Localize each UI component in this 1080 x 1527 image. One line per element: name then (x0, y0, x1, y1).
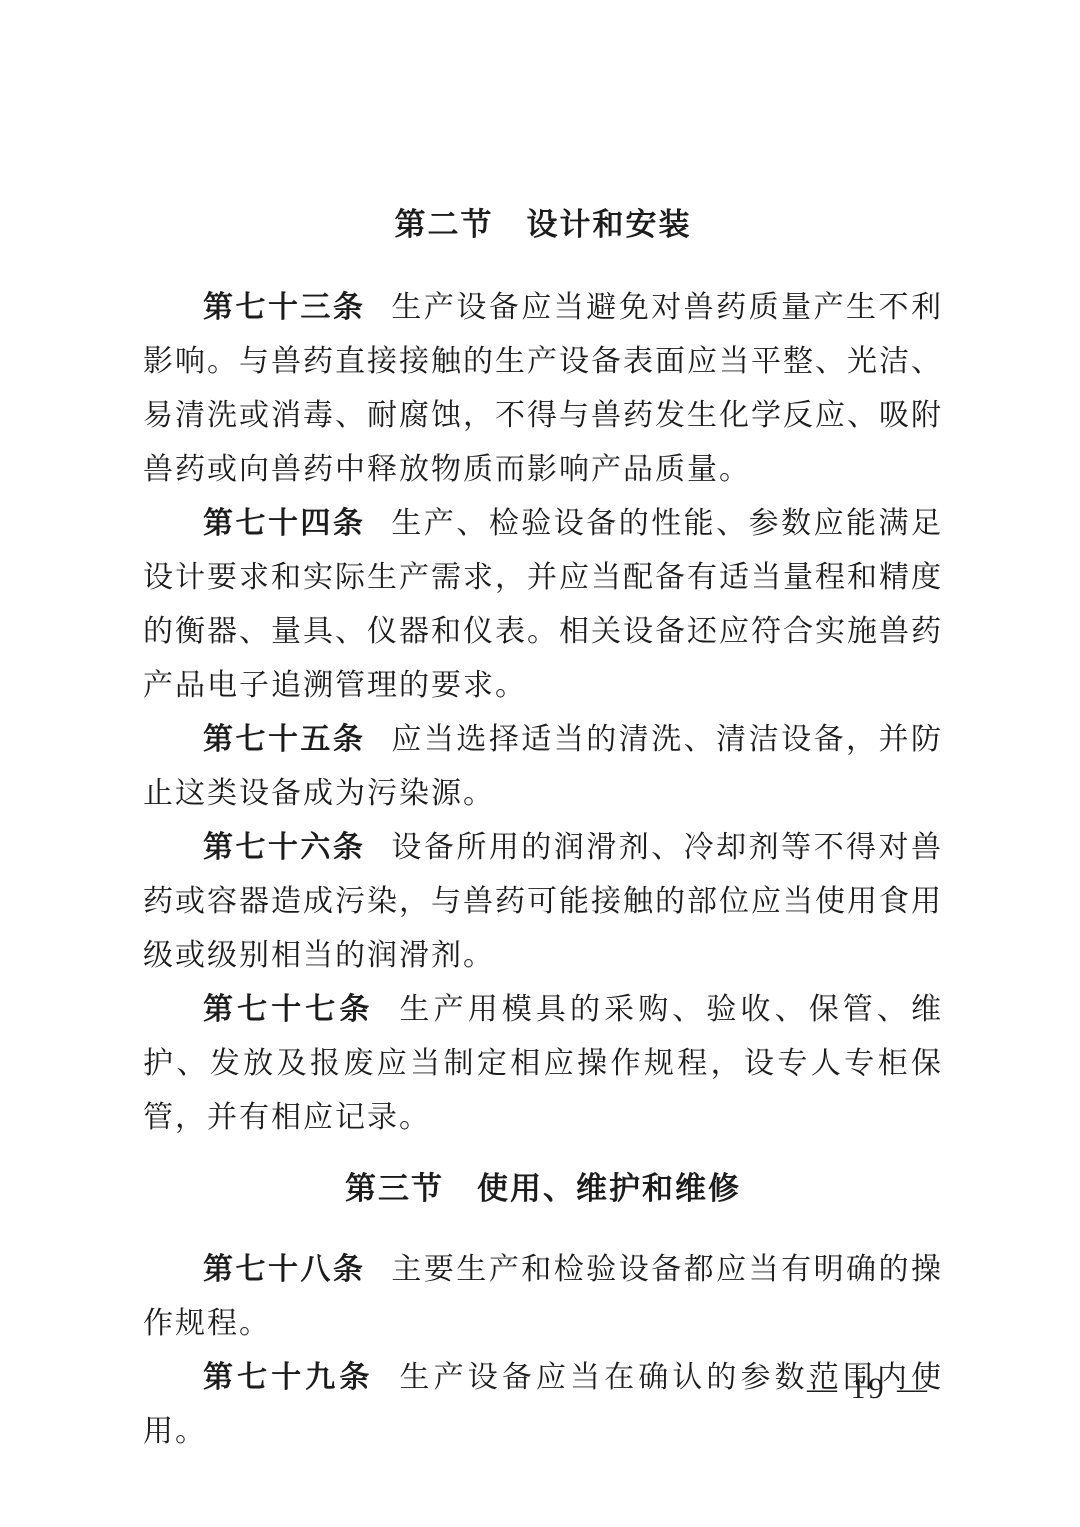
article-paragraph: 第七十四条生产、检验设备的性能、参数应能满足设计要求和实际生产需求，并应当配备有… (143, 497, 943, 713)
document-page: 第二节 设计和安装 第七十三条生产设备应当避免对兽药质量产生不利影响。与兽药直接… (0, 0, 1080, 1527)
page-number-footer: — 19 — (807, 1372, 930, 1406)
article-paragraph: 第七十七条生产用模具的采购、验收、保管、维护、发放及报废应当制定相应操作规程，设… (143, 983, 943, 1145)
article-label: 第七十七条 (203, 993, 374, 1026)
article-label: 第七十三条 (203, 291, 365, 324)
article-label: 第七十四条 (203, 507, 365, 540)
section-heading-design-installation: 第二节 设计和安装 (143, 207, 943, 243)
article-paragraph: 第七十三条生产设备应当避免对兽药质量产生不利影响。与兽药直接接触的生产设备表面应… (143, 281, 943, 497)
article-label: 第七十六条 (203, 831, 365, 864)
article-paragraph: 第七十五条应当选择适当的清洗、清洁设备，并防止这类设备成为污染源。 (143, 713, 943, 821)
article-paragraph: 第七十六条设备所用的润滑剂、冷却剂等不得对兽药或容器造成污染，与兽药可能接触的部… (143, 821, 943, 983)
document-body: 第二节 设计和安装 第七十三条生产设备应当避免对兽药质量产生不利影响。与兽药直接… (143, 207, 943, 1459)
section-heading-use-maintenance-repair: 第三节 使用、维护和维修 (143, 1171, 943, 1207)
article-label: 第七十八条 (203, 1253, 365, 1286)
article-label: 第七十五条 (203, 723, 365, 756)
article-paragraph: 第七十八条主要生产和检验设备都应当有明确的操作规程。 (143, 1243, 943, 1351)
article-label: 第七十九条 (203, 1361, 374, 1394)
